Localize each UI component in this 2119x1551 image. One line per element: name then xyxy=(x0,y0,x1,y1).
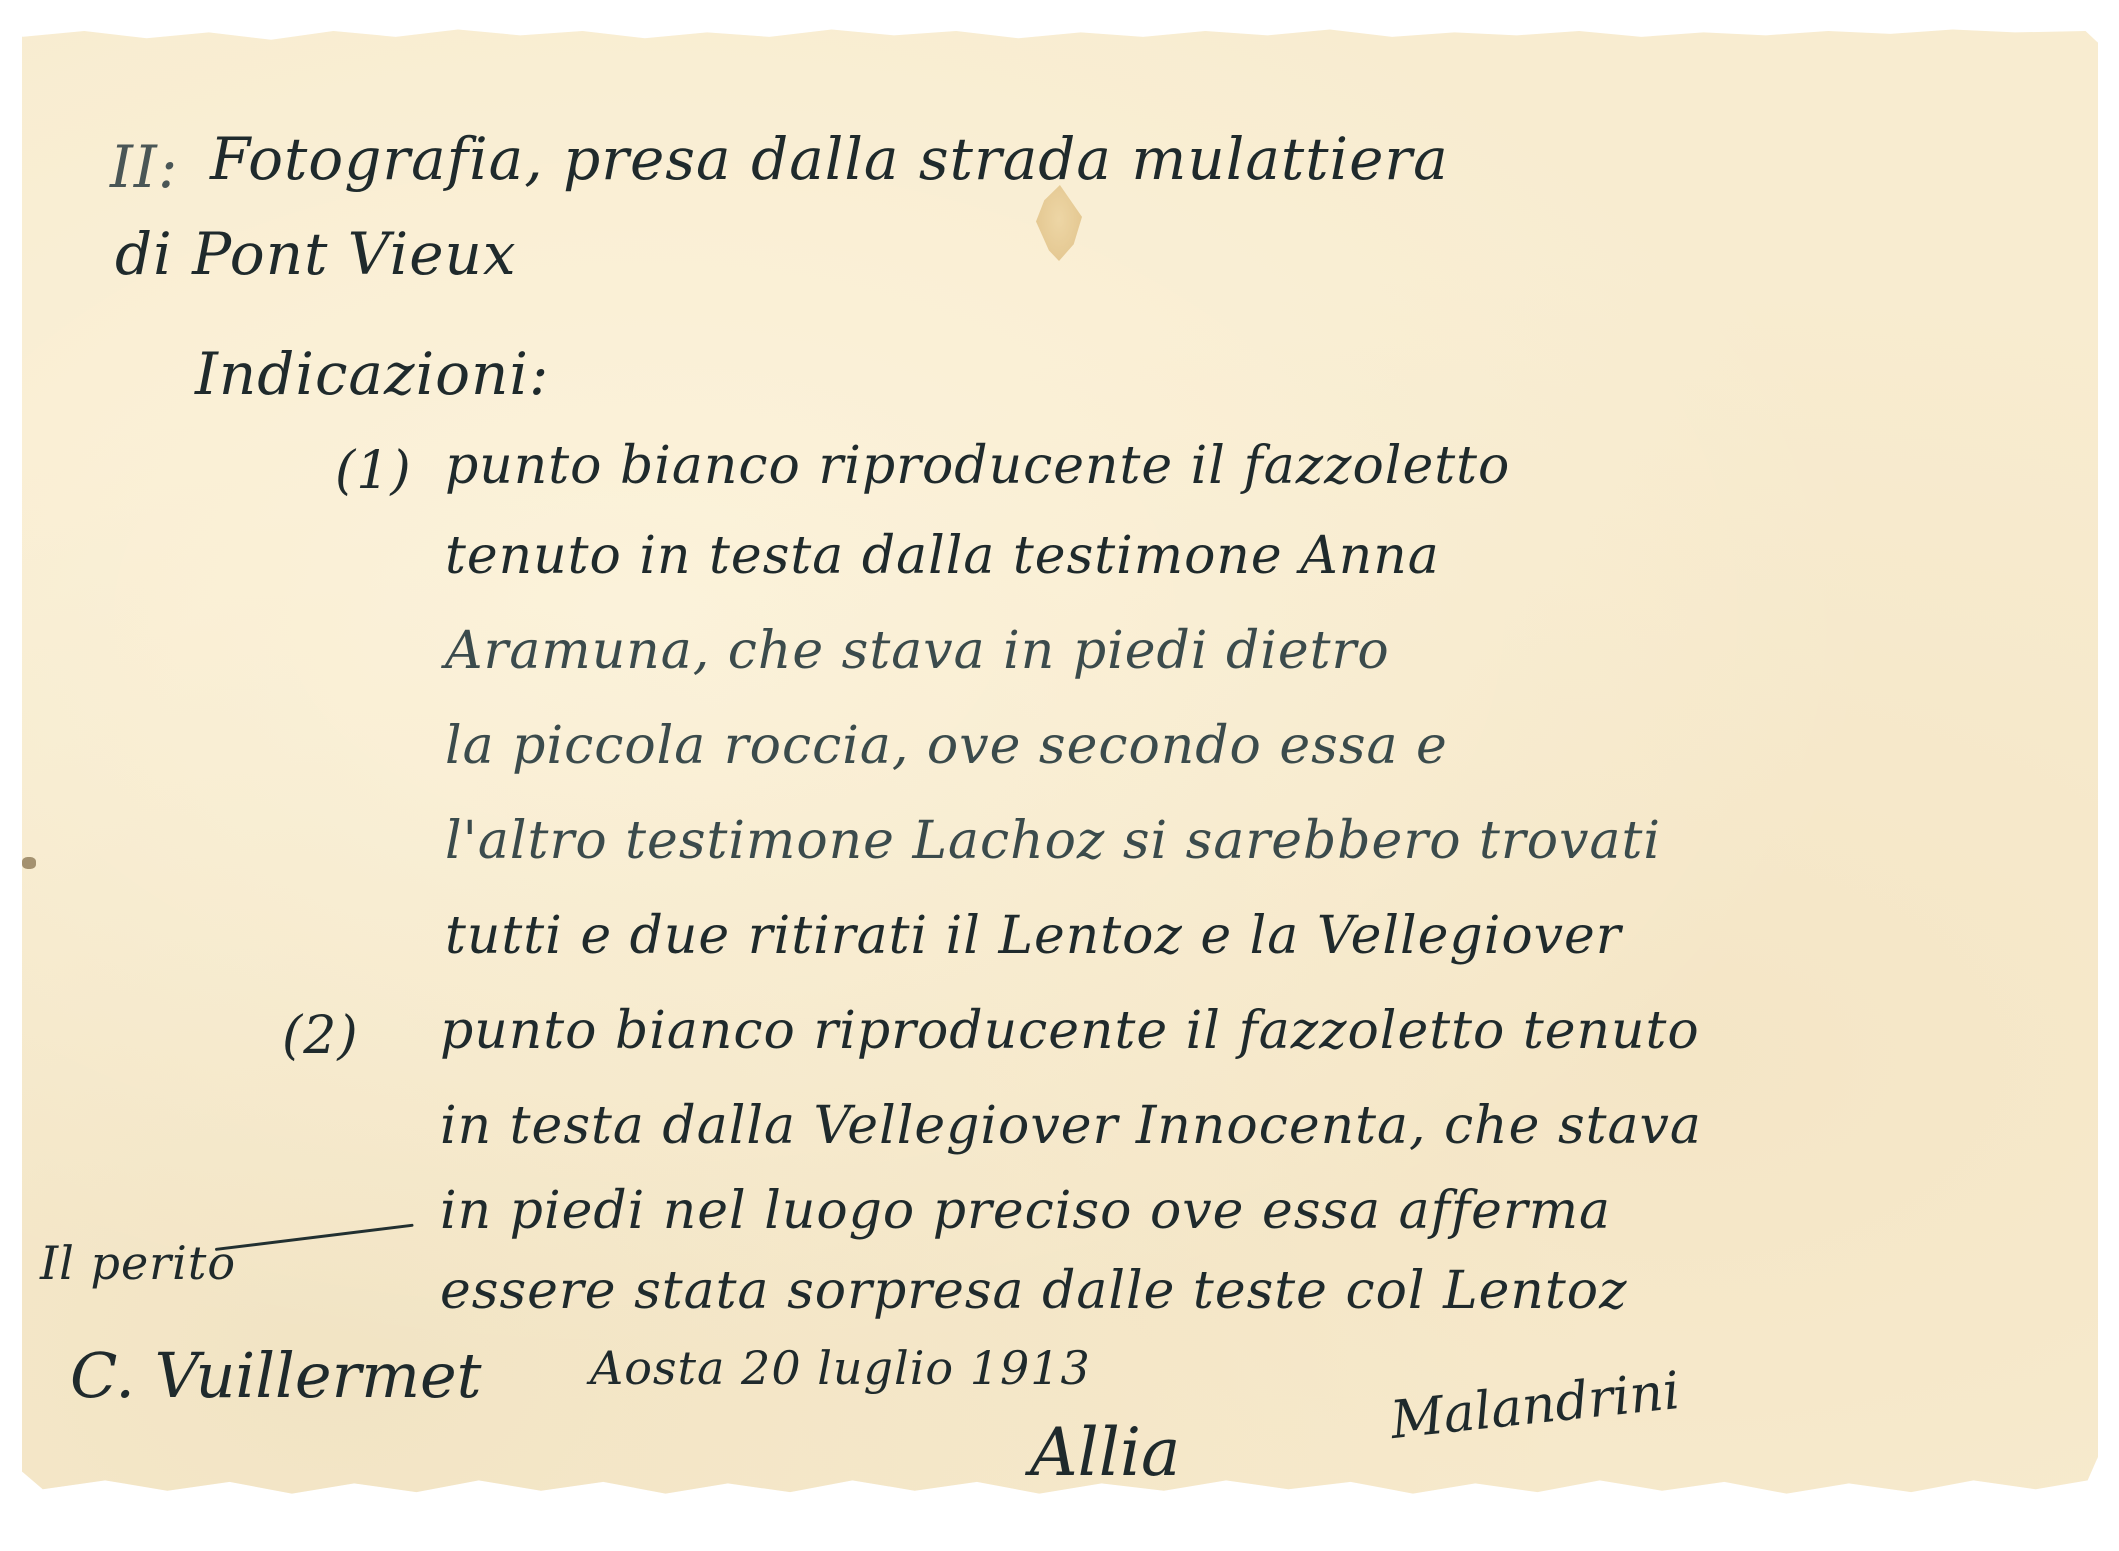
item-1-line-2: tenuto in testa dalla testimone Anna xyxy=(445,530,1440,582)
item-2-line-4: essere stata sorpresa dalle teste col Le… xyxy=(440,1265,1627,1317)
item-1-line-4: la piccola roccia, ove secondo essa e xyxy=(445,720,1448,772)
heading-number: II: xyxy=(110,138,178,196)
item-2-marker: (2) xyxy=(282,1010,359,1062)
heading-line-1: Fotografia, presa dalla strada mulattier… xyxy=(210,130,1449,188)
item-2-line-2: in testa dalla Vellegiover Innocenta, ch… xyxy=(440,1100,1702,1152)
item-2-line-1: punto bianco riproducente il fazzoletto … xyxy=(440,1005,1700,1057)
signature-allia: Allia xyxy=(1030,1420,1180,1486)
item-1-line-1: punto bianco riproducente il fazzoletto xyxy=(445,440,1510,492)
heading-line-2: di Pont Vieux xyxy=(115,225,517,283)
signature-perito: C. Vuillermet xyxy=(70,1345,482,1407)
margin-note-label: Il perito xyxy=(40,1240,236,1286)
item-1-line-6: tutti e due ritirati il Lentoz e la Vell… xyxy=(445,910,1622,962)
place-date: Aosta 20 luglio 1913 xyxy=(590,1345,1091,1391)
edge-speck xyxy=(22,857,36,869)
item-1-marker: (1) xyxy=(335,445,412,497)
item-1-line-5: l'altro testimone Lachoz si sarebbero tr… xyxy=(445,815,1661,867)
item-1-line-3: Aramuna, che stava in piedi dietro xyxy=(445,625,1390,677)
item-2-line-3: in piedi nel luogo preciso ove essa affe… xyxy=(440,1185,1611,1237)
section-label: Indicazioni: xyxy=(195,345,549,403)
